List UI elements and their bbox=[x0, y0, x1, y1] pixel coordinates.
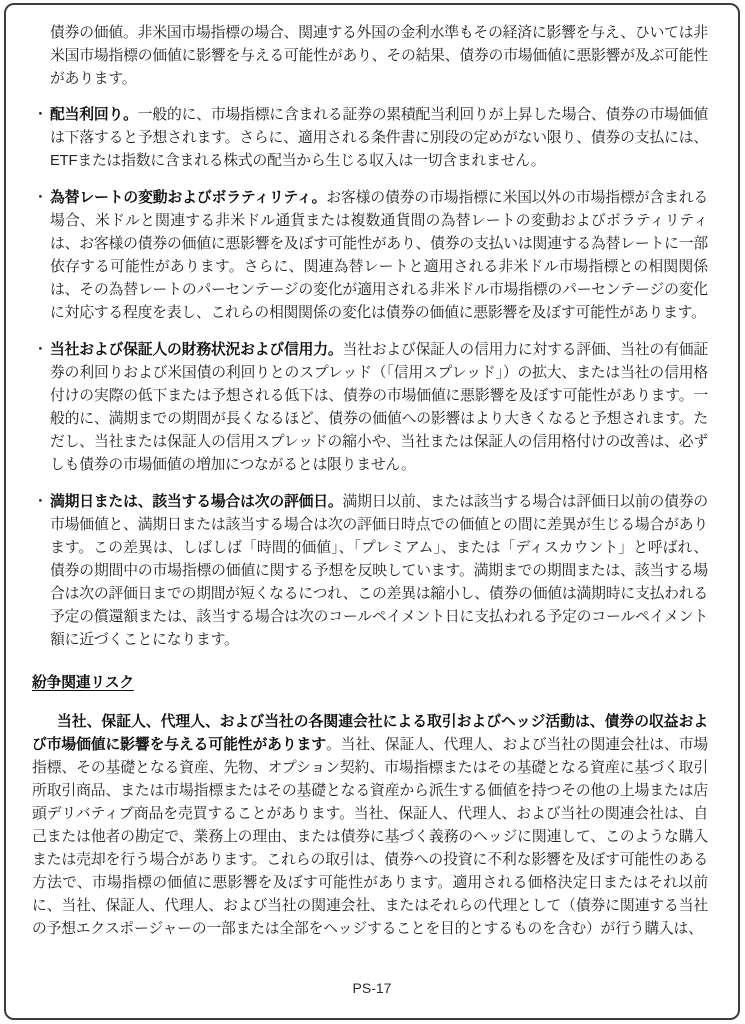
bullet-body: お客様の債券の市場指標に米国以外の市場指標が含まれる場合、米ドルと関連する非米ド… bbox=[50, 190, 708, 321]
bullet-icon: ・ bbox=[33, 491, 48, 514]
bullet-item-maturity-date: ・満期日または、該当する場合は次の評価日。満期日以前、または該当する場合は評価日… bbox=[32, 491, 708, 652]
page-number: PS-17 bbox=[6, 980, 738, 996]
section-heading-dispute-risk: 紛争関連リスク bbox=[32, 672, 708, 695]
final-paragraph: 当社、保証人、代理人、および当社の各関連会社による取引およびヘッジ活動は、債券の… bbox=[32, 711, 708, 941]
bullet-item-dividend-yield: ・配当利回り。一般的に、市場指標に含まれる証券の累積配当利回りが上昇した場合、債… bbox=[32, 104, 708, 173]
bullet-icon: ・ bbox=[33, 339, 48, 362]
bullet-item-exchange-rate: ・為替レートの変動およびボラティリティ。お客様の債券の市場指標に米国以外の市場指… bbox=[32, 187, 708, 325]
bullet-icon: ・ bbox=[33, 187, 48, 210]
bullet-title: 当社および保証人の財務状況および信用力。 bbox=[50, 342, 342, 358]
final-paragraph-body: 。当社、保証人、代理人、および当社の関連会社は、市場指標、その基礎となる資産、先… bbox=[32, 737, 708, 937]
bullet-title: 配当利回り。 bbox=[50, 107, 138, 123]
bullet-title: 満期日または、該当する場合は次の評価日。 bbox=[50, 494, 342, 510]
bullet-body: 一般的に、市場指標に含まれる証券の累積配当利回りが上昇した場合、債券の市場価値は… bbox=[50, 107, 708, 169]
document-content: 債券の価値。非米国市場指標の場合、関連する外国の金利水準もその経済に影響を与え、… bbox=[6, 5, 738, 941]
continuation-paragraph: 債券の価値。非米国市場指標の場合、関連する外国の金利水準もその経済に影響を与え、… bbox=[50, 22, 708, 91]
document-page: 債券の価値。非米国市場指標の場合、関連する外国の金利水準もその経済に影響を与え、… bbox=[4, 3, 740, 1020]
bullet-title: 為替レートの変動およびボラティリティ。 bbox=[50, 190, 326, 206]
risk-bullet-list: ・配当利回り。一般的に、市場指標に含まれる証券の累積配当利回りが上昇した場合、債… bbox=[32, 104, 708, 652]
bullet-body: 当社および保証人の信用力に対する評価、当社の有価証券の利回りおよび米国債の利回り… bbox=[50, 342, 708, 473]
bullet-body: 満期日以前、または該当する場合は評価日以前の債券の市場価値と、満期日または該当す… bbox=[50, 494, 708, 648]
bullet-item-creditworthiness: ・当社および保証人の財務状況および信用力。当社および保証人の信用力に対する評価、… bbox=[32, 339, 708, 477]
bullet-icon: ・ bbox=[33, 104, 48, 127]
